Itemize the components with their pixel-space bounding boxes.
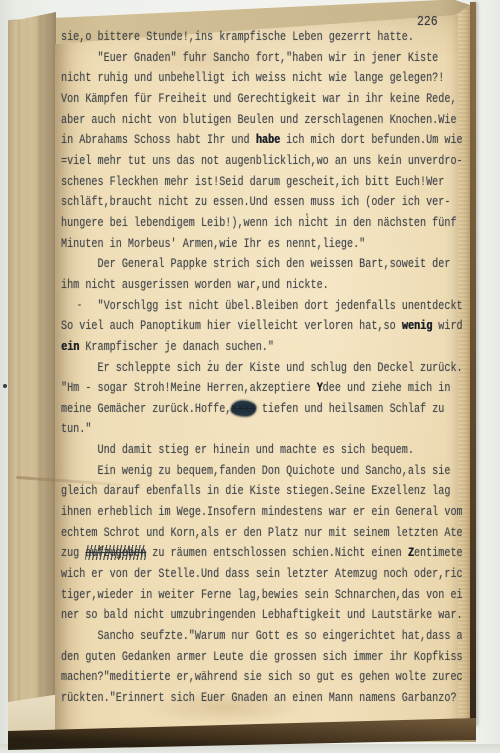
text-line: ihnen erheblich im Wege.Insofern mindest…: [61, 502, 462, 523]
text-line: "Euer Gnaden" fuhr Sancho fort,"haben wi…: [61, 48, 462, 69]
text-line: Von Kämpfen für Freiheit und Gerechtigke…: [61, 89, 462, 110]
ink-speck: [306, 213, 308, 216]
text-line: echtem Schrot und Korn,als er den Platz …: [61, 523, 462, 544]
text-line: Und damit stieg er hinein und machte es …: [61, 440, 462, 461]
text-line: Ein wenig zu bequem,fanden Don Quichote …: [61, 461, 462, 482]
text-line: "Hm - sogar Stroh!Meine Herren,akzeptier…: [61, 378, 462, 399]
book-photo: 226 sie,o bittere Stunde!,ins krampfisch…: [0, 0, 500, 753]
text-line: =viel mehr tut uns das not augenblicklic…: [61, 151, 462, 172]
text-line: sie,o bittere Stunde!,ins krampfische Le…: [61, 27, 462, 48]
text-line: aber auch nicht von blutigen Beulen und …: [61, 110, 462, 131]
text-line: hungere bei lebendigem Leib!),wenn ich n…: [61, 213, 462, 234]
slashed-strikeout: aufzugeben: [85, 545, 146, 560]
text-line: den guten Gedanken armer Leute die gross…: [61, 647, 462, 668]
text-line: schläft,braucht nicht zu essen.Und essen…: [61, 192, 462, 213]
overtyped-bold: wenig: [402, 318, 432, 333]
ink-blot-strikeout: xxxx: [231, 401, 255, 416]
overtyped-bold: habe: [256, 132, 280, 147]
ink-speck: [209, 360, 211, 362]
text-line: in Abrahams Schoss habt Ihr und habe ich…: [61, 130, 462, 151]
text-line: Er schleppte sich zu der Kiste und schlu…: [61, 358, 462, 379]
text-line: wich er von der Stelle.Und dass sein let…: [61, 564, 462, 585]
text-line: "Vorschlgg ist nicht übel.Bleiben dort j…: [61, 296, 462, 317]
text-line: ihm nicht ausgerissen worden war,und nic…: [61, 275, 462, 296]
text-line: Sancho seufzte."Warum nur Gott es so ein…: [61, 626, 462, 647]
ink-speck: [78, 304, 81, 306]
text-line: gleich darauf ebenfalls in die Kiste sti…: [61, 481, 462, 502]
typewritten-text: sie,o bittere Stunde!,ins krampfische Le…: [61, 27, 462, 709]
text-line: schenes Fleckhen mehr ist!Seid darum ges…: [61, 172, 462, 193]
ink-speck: [3, 384, 7, 388]
page-text-area: 226 sie,o bittere Stunde!,ins krampfisch…: [0, 0, 462, 753]
text-line: Der General Pappke strich sich den weiss…: [61, 254, 462, 275]
text-line: ein Krampfischer je danach suchen.": [61, 337, 462, 358]
book-cover-edge: [470, 2, 476, 726]
text-line: ner so bald nicht umzubringenden Lebhaft…: [61, 605, 462, 626]
text-line: Minuten in Morbeus' Armen,wie Ihr es nen…: [61, 234, 462, 255]
text-line: meine Gemächer zurück.Hoffe,xxxx tiefen …: [61, 399, 462, 420]
overtyped-bold: ein: [61, 339, 79, 354]
text-line: tiger,wieder in weiter Ferne lag,bewies …: [61, 585, 462, 606]
text-line: tun.": [61, 419, 462, 440]
text-line: machen?"meditierte er,während sie sich s…: [61, 667, 462, 688]
text-line: nicht ruhig und unbehelligt ich weiss ni…: [61, 68, 462, 89]
text-line: rückten."Erinnert sich Euer Gnaden an ei…: [61, 688, 462, 709]
text-line: So viel auch Panoptikum hier vielleicht …: [61, 316, 462, 337]
text-line: zug aufzugeben zu räumen entschlossen sc…: [61, 543, 462, 564]
